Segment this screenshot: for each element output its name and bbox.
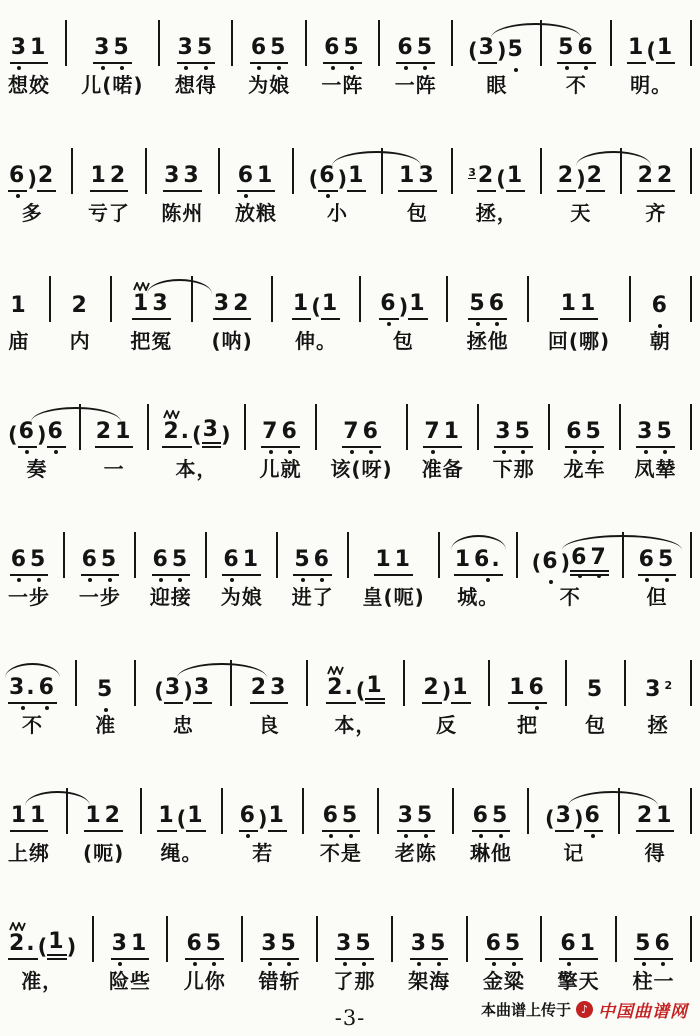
lyric: 儿(喏) xyxy=(81,73,143,97)
note: 5 xyxy=(514,421,533,448)
note: 32 xyxy=(644,679,672,704)
note: 5 xyxy=(557,37,576,64)
lyric: 伸。 xyxy=(295,329,337,353)
paren: ) xyxy=(27,169,37,192)
lyric: 一 xyxy=(104,457,125,481)
lyric: 城。 xyxy=(457,585,499,609)
note-digit: 2. xyxy=(162,421,192,448)
notes-group: 61 xyxy=(222,536,261,576)
note-digit: 1 xyxy=(655,805,674,832)
page-footer: -3- 本曲谱上传于 ♪ 中国曲谱网 xyxy=(0,1002,700,1036)
note: 5 xyxy=(634,933,653,960)
measure: 35凤辇 xyxy=(634,408,676,481)
note: 3 xyxy=(410,933,429,960)
note: 5 xyxy=(585,421,604,448)
notes-group: 65 xyxy=(323,24,362,64)
note-digit: 6 xyxy=(559,933,578,960)
note-digit: 2 xyxy=(637,165,656,192)
measure: 65一阵 xyxy=(321,24,363,97)
lyric: 想姣 xyxy=(8,73,50,97)
note-digit: 6 xyxy=(528,677,547,704)
notes-group: 65 xyxy=(322,792,361,832)
measure: 56柱一 xyxy=(632,920,674,993)
lyric: 不 xyxy=(560,585,581,609)
barline xyxy=(271,276,273,322)
note-digit: 6 xyxy=(565,421,584,448)
lyric: 一步 xyxy=(8,585,50,609)
note: (1 xyxy=(177,805,206,832)
note: 6 xyxy=(362,421,381,448)
measure: 21一 xyxy=(95,408,134,481)
measure: 1(1伸。 xyxy=(292,280,340,353)
note: 2. xyxy=(8,933,38,960)
note-digit: 3 xyxy=(213,293,232,320)
note: 3 xyxy=(177,37,196,64)
notes-group: 35 xyxy=(260,920,299,960)
notes-group: 2)1 xyxy=(422,664,470,704)
measure: (6)6奏 xyxy=(8,408,66,481)
note: 3 xyxy=(260,933,279,960)
note: 1 xyxy=(394,549,413,576)
note: 3 xyxy=(151,293,170,320)
barline xyxy=(158,20,160,66)
barline xyxy=(618,788,620,834)
note-digit: 2 xyxy=(250,677,269,704)
note: 6 xyxy=(280,421,299,448)
site-name: 中国曲谱网 xyxy=(598,997,688,1022)
barline xyxy=(619,404,621,450)
lyric: 拯他 xyxy=(467,329,509,353)
mordent-icon xyxy=(133,282,150,291)
measure: 2.(1本， xyxy=(326,664,385,737)
note-digit: 3 xyxy=(151,293,170,320)
note: 2 xyxy=(586,165,605,192)
barline xyxy=(231,20,233,66)
paren: ( xyxy=(496,169,506,192)
note: 1 xyxy=(508,677,527,704)
notes-group: 6 xyxy=(651,280,670,320)
note-digit: 7 xyxy=(342,421,361,448)
note: 1 xyxy=(9,295,28,320)
measure: 2.(3)本， xyxy=(162,408,230,481)
note: 6 xyxy=(576,37,595,64)
note-digit: 5 xyxy=(100,549,119,576)
note: 2 xyxy=(250,677,269,704)
note-digit: 7 xyxy=(589,547,608,576)
lyric: 反 xyxy=(436,713,457,737)
lyric: 朝 xyxy=(650,329,671,353)
note-digit: 5 xyxy=(29,549,48,576)
barline xyxy=(615,916,617,962)
note: 6 xyxy=(313,549,332,576)
note-digit: 1 xyxy=(84,805,103,832)
note: 2) xyxy=(557,165,586,192)
note: 6 xyxy=(222,549,241,576)
note-digit: 6 xyxy=(638,549,657,576)
measure: 65但 xyxy=(638,536,677,609)
note: 3 xyxy=(494,421,513,448)
barline xyxy=(690,148,692,194)
note: 5 xyxy=(100,549,119,576)
note: 3 xyxy=(417,165,436,192)
lyric: 为娘 xyxy=(248,73,290,97)
note: 5 xyxy=(468,293,487,320)
notes-group: 65 xyxy=(81,536,120,576)
note-digit: 5 xyxy=(557,37,576,64)
note-digit: 5 xyxy=(416,805,435,832)
notes-group: 35 xyxy=(177,24,216,64)
measure: 65一阵 xyxy=(395,24,437,97)
lyric: 包 xyxy=(393,329,414,353)
notes-group: 2.(1) xyxy=(8,920,76,960)
note-digit: 1 xyxy=(256,165,275,192)
notes-group: 13 xyxy=(132,280,171,320)
notes-group: 35 xyxy=(397,792,436,832)
note-digit: 6 xyxy=(584,805,603,832)
notes-group: 1(1 xyxy=(292,280,340,320)
notes-group: 6)2 xyxy=(8,152,56,192)
notes-group: 5 xyxy=(96,664,115,704)
notes-group: 32 xyxy=(213,280,252,320)
note-digit: 3 xyxy=(410,933,429,960)
note: 2. xyxy=(326,677,356,704)
note: 1 xyxy=(347,165,366,192)
note-digit: 3. xyxy=(8,677,38,704)
notes-group: (6)6 xyxy=(8,408,66,448)
note-digit: 5 xyxy=(205,933,224,960)
note-digit: 3 xyxy=(164,677,183,704)
barline xyxy=(221,788,223,834)
note-digit: 6 xyxy=(38,677,57,704)
measure: 6)1包 xyxy=(379,280,427,353)
note-digit: 1 xyxy=(374,549,393,576)
barline xyxy=(391,916,393,962)
lyric: 不 xyxy=(566,73,587,97)
notes-group: 21 xyxy=(95,408,134,448)
lyric: 把冤 xyxy=(130,329,172,353)
note: 3 xyxy=(335,933,354,960)
note-digit: 6 xyxy=(651,295,670,320)
mordent-icon xyxy=(163,410,180,419)
note: 6. xyxy=(473,549,503,576)
lyric: 齐 xyxy=(645,201,666,225)
note-digit: 3 xyxy=(163,165,182,192)
note-digit: 1 xyxy=(454,549,473,576)
note: 1 xyxy=(398,165,417,192)
barline xyxy=(381,148,383,194)
barline xyxy=(316,916,318,962)
lyric: 不 xyxy=(22,713,43,737)
note: (6) xyxy=(8,421,47,448)
lyric: 包 xyxy=(585,713,606,737)
lyric: 上绑 xyxy=(8,841,50,865)
score-line-7: 11上绑12(呃)1(1绳。6)1若65不是35老陈65琳他(3)6记21得 xyxy=(8,776,692,865)
note-digit: 2 xyxy=(422,677,441,704)
note: 5 xyxy=(586,679,605,704)
note-digit: 3 xyxy=(182,165,201,192)
note-digit: 2 xyxy=(557,165,576,192)
lyric: 金粱 xyxy=(483,969,525,993)
note-digit: 5 xyxy=(504,933,523,960)
measure: 11上绑 xyxy=(8,792,50,865)
barline xyxy=(488,660,490,706)
note-digit: 2 xyxy=(104,805,123,832)
barline xyxy=(292,148,294,194)
barline xyxy=(516,532,518,578)
barline xyxy=(466,916,468,962)
measure: 1庙 xyxy=(8,280,30,353)
measure: 2.(1)准， xyxy=(8,920,76,993)
note: 6) xyxy=(8,165,37,192)
note: 6 xyxy=(472,805,491,832)
note: 6 xyxy=(488,293,507,320)
notes-group: 76 xyxy=(261,408,300,448)
barline xyxy=(403,660,405,706)
score-line-4: (6)6奏21一2.(3)本，76儿就76该(呀)71准备35下那65龙车35凤… xyxy=(8,392,692,481)
lyric: 奏 xyxy=(26,457,47,481)
measure: 56不 xyxy=(557,24,596,97)
lyric: 不是 xyxy=(320,841,362,865)
notes-group: 6)1 xyxy=(379,280,427,320)
note: 5 xyxy=(96,679,115,704)
note: 2 xyxy=(232,293,251,320)
measure: 31险些 xyxy=(109,920,151,993)
note: 3 xyxy=(10,37,29,64)
note: 1 xyxy=(655,805,674,832)
note-digit: 1 xyxy=(321,293,340,320)
lyric: 拯， xyxy=(476,201,518,225)
notes-group: 2)2 xyxy=(557,152,605,192)
measure: 12(呃) xyxy=(83,792,124,865)
note-digit: 1 xyxy=(451,677,470,704)
measure: 65儿你 xyxy=(184,920,226,993)
note-digit: 1 xyxy=(242,549,261,576)
measure: 65一步 xyxy=(8,536,50,609)
measure: (3)3忠 xyxy=(154,664,212,737)
note-digit: 3 xyxy=(494,421,513,448)
note: 2 xyxy=(104,805,123,832)
notes-group: 65 xyxy=(638,536,677,576)
note: (1 xyxy=(311,293,340,320)
lyric: 擎天 xyxy=(558,969,600,993)
lyric: 迎接 xyxy=(150,585,192,609)
notes-group: 11 xyxy=(10,792,49,832)
note-digit: 5 xyxy=(341,805,360,832)
lyric: 天 xyxy=(570,201,591,225)
notes-group: 2.(1 xyxy=(326,664,385,704)
paren: ) xyxy=(574,809,584,832)
note-digit: 1 xyxy=(508,677,527,704)
note: 6 xyxy=(322,805,341,832)
measure: 32(呐) xyxy=(211,280,252,353)
note-digit: 5 xyxy=(657,549,676,576)
measure: 65一步 xyxy=(79,536,121,609)
barline xyxy=(71,148,73,194)
lyric: 错斩 xyxy=(259,969,301,993)
measure: 35错斩 xyxy=(259,920,301,993)
lyric: 进了 xyxy=(292,585,334,609)
lyric: 庙 xyxy=(9,329,30,353)
barline xyxy=(565,660,567,706)
barline xyxy=(620,148,622,194)
barline xyxy=(65,20,67,66)
lyric: 记 xyxy=(563,841,584,865)
note: 6 xyxy=(565,421,584,448)
mordent-icon xyxy=(9,922,26,931)
measure: 3.6不 xyxy=(8,664,57,737)
measure: 35想得 xyxy=(175,24,217,97)
note-digit: 1 xyxy=(29,805,48,832)
barline xyxy=(359,276,361,322)
lyric: 一步 xyxy=(79,585,121,609)
lyric: 老陈 xyxy=(395,841,437,865)
measure: 61放粮 xyxy=(235,152,277,225)
note: 5 xyxy=(112,37,131,64)
lyric: 包 xyxy=(407,201,428,225)
note-digit: 1 xyxy=(560,293,579,320)
barline xyxy=(305,20,307,66)
note: 1 xyxy=(90,165,109,192)
measure: 12亏了 xyxy=(88,152,130,225)
barline xyxy=(302,788,304,834)
note: 6 xyxy=(584,805,603,832)
note: 5 xyxy=(29,549,48,576)
note-digit: 1 xyxy=(365,675,384,704)
note: 3 xyxy=(397,805,416,832)
paren: ( xyxy=(646,41,656,64)
note-digit: 5 xyxy=(429,933,448,960)
score-line-1: 31想姣35儿(喏)35想得65为娘65一阵65一阵(3)5眼56不1(1明。 xyxy=(8,8,692,97)
note-digit: 6 xyxy=(81,549,100,576)
note-digit: 2. xyxy=(326,677,356,704)
note: 1 xyxy=(579,933,598,960)
note-digit: 5 xyxy=(196,37,215,64)
measure: 35下那 xyxy=(493,408,535,481)
note-digit: 1 xyxy=(627,37,646,64)
note: 2. xyxy=(162,421,192,448)
lyric: 本， xyxy=(334,713,376,737)
barline xyxy=(306,660,308,706)
measure: 21得 xyxy=(636,792,675,865)
measure: (6)67不 xyxy=(532,536,609,609)
note-digit: 2 xyxy=(477,165,496,192)
lyric: 本， xyxy=(175,457,217,481)
note: 3 xyxy=(193,677,212,704)
note: 3 xyxy=(111,933,130,960)
lyric: 皇(呃) xyxy=(363,585,425,609)
note: 5 xyxy=(293,549,312,576)
note-digit: 6 xyxy=(396,37,415,64)
note-digit: 5 xyxy=(585,421,604,448)
notes-group: 65 xyxy=(565,408,604,448)
note: 6 xyxy=(47,421,66,448)
note: 5 xyxy=(280,933,299,960)
note: 2 xyxy=(95,421,114,448)
note: 1 xyxy=(374,549,393,576)
note: 1 xyxy=(132,293,151,320)
barline xyxy=(377,788,379,834)
notes-group: 35 xyxy=(93,24,132,64)
note-digit: 1 xyxy=(656,37,675,64)
measure: 32(1拯， xyxy=(468,152,525,225)
note: 1 xyxy=(10,805,29,832)
lyric: 多 xyxy=(22,201,43,225)
lyric: 把 xyxy=(517,713,538,737)
paren: ( xyxy=(8,425,18,448)
note-digit: 1 xyxy=(292,293,311,320)
note: 2 xyxy=(71,295,90,320)
notes-group: 16. xyxy=(454,536,503,576)
note-digit: 2 xyxy=(232,293,251,320)
notes-group: 35 xyxy=(636,408,675,448)
lyric: 柱一 xyxy=(632,969,674,993)
barline xyxy=(451,20,453,66)
barline xyxy=(79,404,81,450)
notes-group: 21 xyxy=(636,792,675,832)
paren: ( xyxy=(356,681,366,704)
barline xyxy=(347,532,349,578)
paren: ) xyxy=(37,425,47,448)
barline xyxy=(690,404,692,450)
note: 1 xyxy=(84,805,103,832)
note-digit: 5 xyxy=(491,805,510,832)
lyric: 该(呀) xyxy=(330,457,392,481)
barline xyxy=(49,276,51,322)
barline xyxy=(134,532,136,578)
note: 7 xyxy=(261,421,280,448)
note: 6 xyxy=(651,295,670,320)
note: 5 xyxy=(657,549,676,576)
note: 1 xyxy=(579,293,598,320)
measure: 11回(哪) xyxy=(548,280,610,353)
note-digit: 1 xyxy=(114,421,133,448)
note-digit: 5 xyxy=(269,37,288,64)
note: 3 xyxy=(182,165,201,192)
note-digit: 1 xyxy=(347,165,366,192)
note-digit: 6 xyxy=(8,165,27,192)
lyric: 想得 xyxy=(175,73,217,97)
note: 6) xyxy=(239,805,268,832)
note-digit: 6 xyxy=(323,37,342,64)
lyric: 若 xyxy=(252,841,273,865)
barline xyxy=(276,532,278,578)
measure: 65迎接 xyxy=(150,536,192,609)
note-digit: 3 xyxy=(636,421,655,448)
note: 5 xyxy=(342,37,361,64)
note-digit: 1 xyxy=(408,293,427,320)
mordent-icon xyxy=(327,666,344,675)
barline xyxy=(92,916,94,962)
notes-group: 13 xyxy=(398,152,437,192)
notes-group: 11 xyxy=(560,280,599,320)
note: 2 xyxy=(637,165,656,192)
barline xyxy=(690,916,692,962)
barline xyxy=(241,916,243,962)
note: 6 xyxy=(570,547,589,576)
score-line-8: 2.(1)准，31险些65儿你35错斩35了那35架海65金粱61擎天56柱一 xyxy=(8,904,692,993)
measure: 65不是 xyxy=(320,792,362,865)
measure: 76该(呀) xyxy=(330,408,392,481)
barline xyxy=(406,404,408,450)
notes-group: 22 xyxy=(637,152,676,192)
measure: 6)1若 xyxy=(239,792,287,865)
notes-group: 1(1 xyxy=(627,24,675,64)
lyric: 眼 xyxy=(486,73,507,97)
measure: 76儿就 xyxy=(259,408,301,481)
note-digit: 1 xyxy=(10,805,29,832)
notes-group: 71 xyxy=(423,408,462,448)
notes-group: 2.(3) xyxy=(162,408,230,448)
